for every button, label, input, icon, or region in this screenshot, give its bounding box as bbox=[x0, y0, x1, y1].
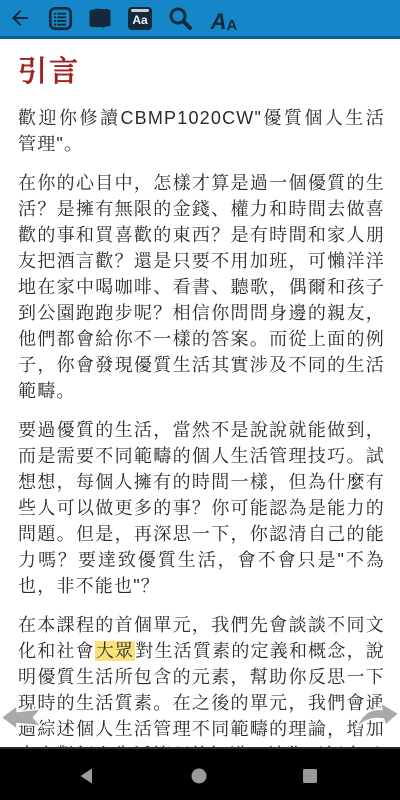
font-size-button[interactable]: AA bbox=[208, 3, 240, 33]
android-navigation-bar bbox=[0, 747, 400, 800]
dictionary-icon-label: Aa bbox=[132, 14, 147, 26]
reading-content: 引言 歡迎你修讀CBMP1020CW"優質個人生活管理"。 在你的心目中，怎樣才… bbox=[0, 39, 400, 747]
android-recents-icon bbox=[301, 767, 319, 785]
font-size-icon-small-a: A bbox=[227, 18, 238, 33]
table-of-contents-button[interactable] bbox=[48, 3, 72, 33]
paragraph-1: 歡迎你修讀CBMP1020CW"優質個人生活管理"。 bbox=[18, 105, 385, 157]
android-back-button[interactable] bbox=[78, 767, 96, 785]
search-icon bbox=[167, 5, 193, 31]
paragraph-3: 要過優質的生活，當然不是說說就能做到，而是需要不同範疇的個人生活管理技巧。試想想… bbox=[18, 417, 385, 599]
android-recents-button[interactable] bbox=[301, 767, 319, 785]
back-button[interactable] bbox=[8, 3, 32, 33]
ebook-reader-screen: Aa AA 引言 歡迎你修讀CBMP1020CW"優質個人生活管理"。 在你的心… bbox=[0, 0, 400, 800]
android-back-icon bbox=[78, 767, 96, 785]
search-button[interactable] bbox=[168, 3, 192, 33]
next-page-arrow-icon bbox=[354, 701, 400, 733]
back-icon bbox=[8, 6, 32, 30]
table-of-contents-icon bbox=[48, 6, 73, 31]
dictionary-button[interactable]: Aa bbox=[128, 3, 152, 33]
android-home-icon bbox=[190, 767, 208, 785]
previous-page-arrow-icon bbox=[0, 704, 42, 731]
bookmarks-button[interactable] bbox=[88, 3, 112, 33]
previous-page-button[interactable] bbox=[0, 704, 42, 731]
chapter-title: 引言 bbox=[18, 49, 385, 90]
bookmarks-icon bbox=[87, 6, 113, 30]
app-toolbar: Aa AA bbox=[0, 0, 400, 39]
dictionary-icon-bar bbox=[131, 9, 149, 12]
paragraph-4: 在本課程的首個單元，我們先會談談不同文化和社會大眾對生活質素的定義和概念，說明優… bbox=[18, 612, 385, 747]
android-home-button[interactable] bbox=[190, 767, 208, 785]
paragraph-2: 在你的心目中，怎樣才算是過一個優質的生活？是擁有無限的金錢、權力和時間去做喜歡的… bbox=[18, 170, 385, 404]
dictionary-icon: Aa bbox=[128, 7, 152, 30]
font-size-icon-large-a: A bbox=[211, 11, 227, 33]
highlighted-term[interactable]: 大眾 bbox=[95, 641, 135, 661]
next-page-button[interactable] bbox=[354, 701, 400, 733]
font-size-icon: AA bbox=[211, 11, 238, 33]
